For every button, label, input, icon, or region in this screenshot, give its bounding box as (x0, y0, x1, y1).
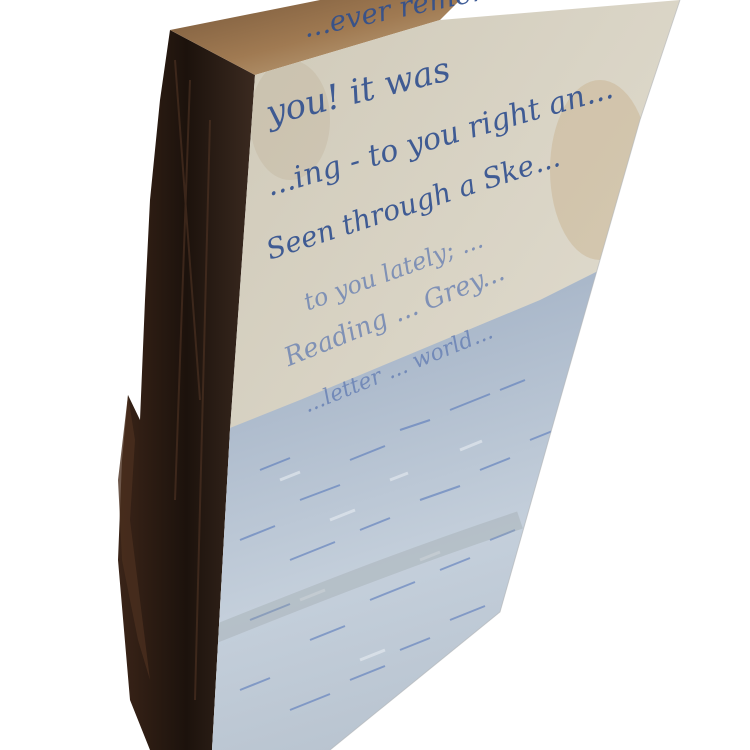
photo-scene: ...ever remember... Thank you! it was ..… (0, 0, 750, 750)
